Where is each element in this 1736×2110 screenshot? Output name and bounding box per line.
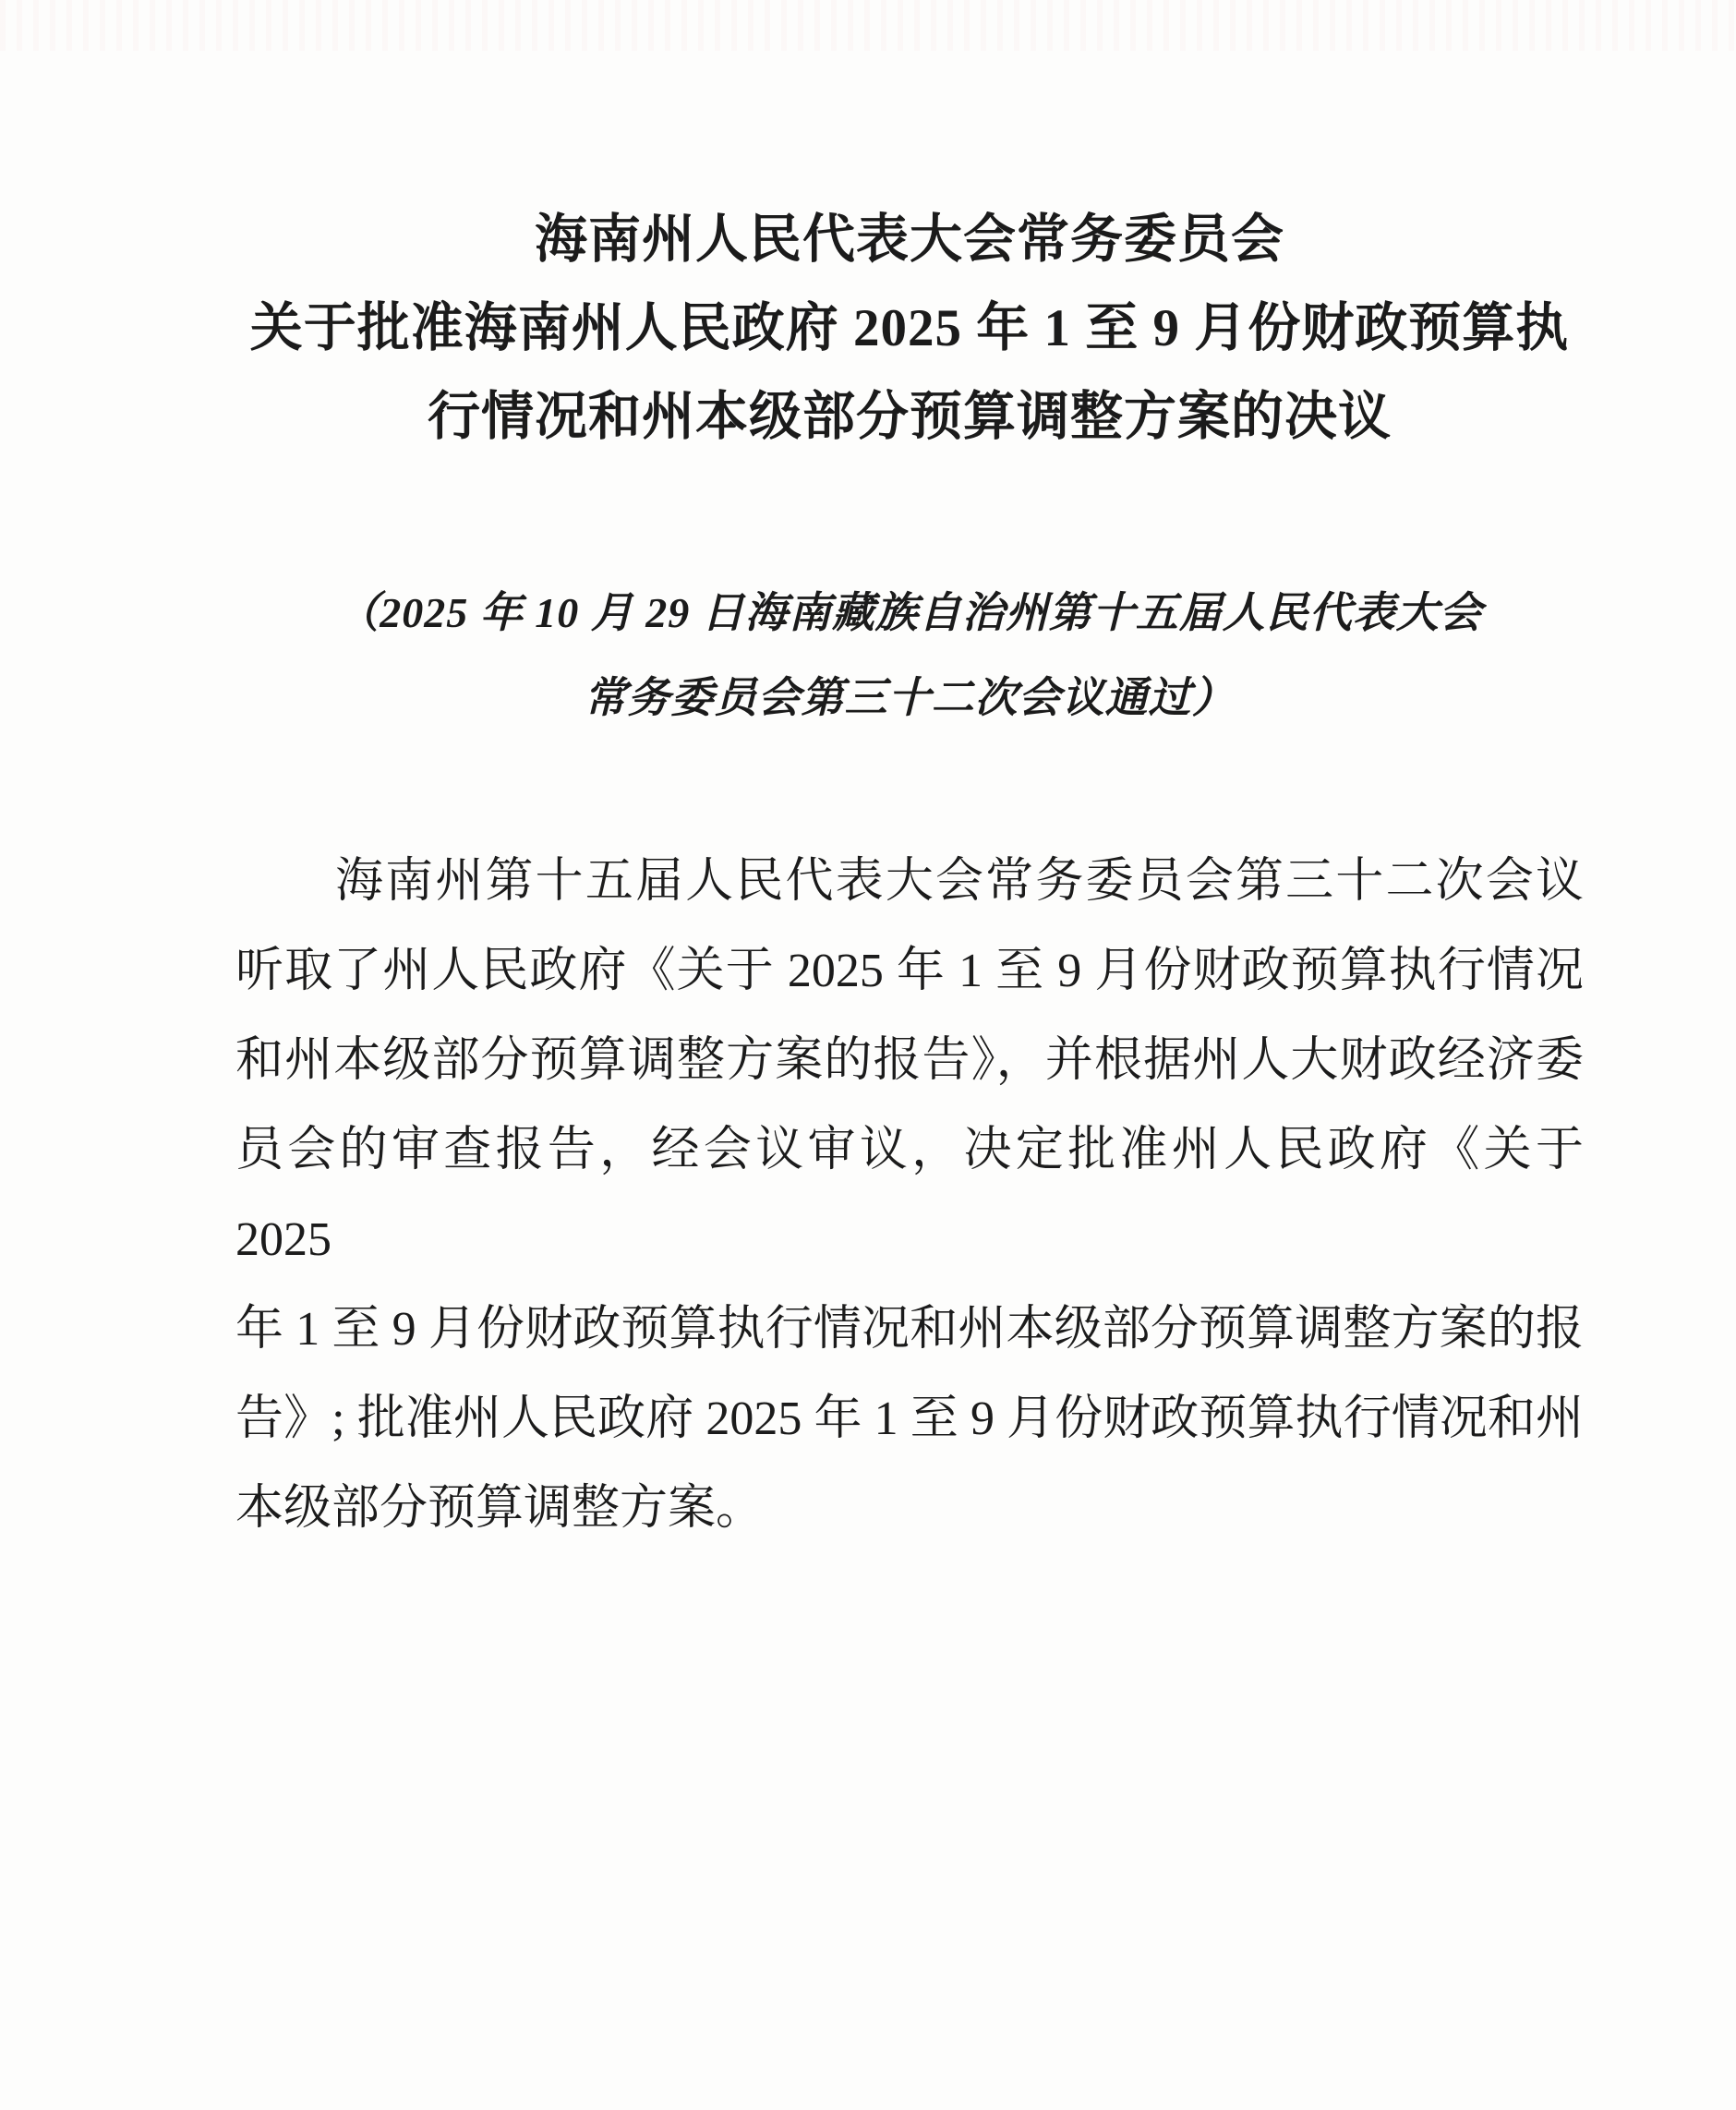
body-line: 本级部分预算调整方案。 <box>235 1464 1584 1553</box>
body-line: 告》; 批准州人民政府 2025 年 1 至 9 月份财政预算执行情况和州 <box>235 1374 1584 1464</box>
document-page: { "page": { "paper_color": "#fdfdfc", "i… <box>0 0 1736 2110</box>
body-line: 和州本级部分预算调整方案的报告》，并根据州人大财政经济委 <box>235 1016 1584 1105</box>
body-paragraph: 海南州第十五届人民代表大会常务委员会第三十二次会议 听取了州人民政府《关于 20… <box>235 837 1584 1553</box>
scan-artifact-strip <box>0 0 1736 51</box>
body-line: 听取了州人民政府《关于 2025 年 1 至 9 月份财政预算执行情况 <box>235 926 1584 1016</box>
adoption-note-line-1: （2025 年 10 月 29 日海南藏族自治州第十五届人民代表大会 <box>235 571 1584 656</box>
body-line: 员会的审查报告，经会议审议，决定批准州人民政府《关于 2025 <box>235 1105 1584 1284</box>
document-title-line-2: 关于批准海南州人民政府 2025 年 1 至 9 月份财政预算执 <box>235 284 1584 373</box>
document-title: 海南州人民代表大会常务委员会 关于批准海南州人民政府 2025 年 1 至 9 … <box>235 196 1584 462</box>
body-line: 年 1 至 9 月份财政预算执行情况和州本级部分预算调整方案的报 <box>235 1284 1584 1374</box>
body-line: 海南州第十五届人民代表大会常务委员会第三十二次会议 <box>235 837 1584 926</box>
adoption-note-line-2: 常务委员会第三十二次会议通过） <box>235 656 1584 741</box>
document-title-line-1: 海南州人民代表大会常务委员会 <box>235 196 1584 284</box>
adoption-note: （2025 年 10 月 29 日海南藏族自治州第十五届人民代表大会 常务委员会… <box>235 571 1584 741</box>
document-title-line-3: 行情况和州本级部分预算调整方案的决议 <box>235 373 1584 462</box>
